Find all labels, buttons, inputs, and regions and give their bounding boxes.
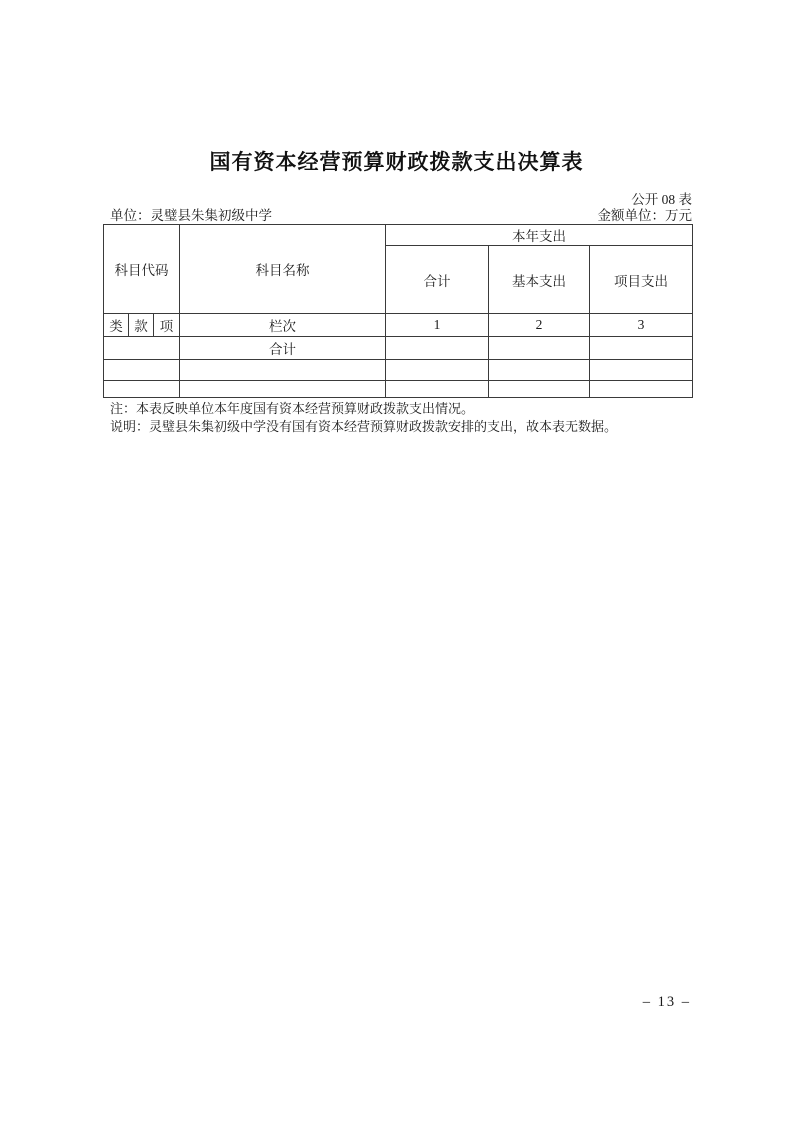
amount-unit-label: 金额单位：万元 xyxy=(598,204,693,224)
col-index-2: 2 xyxy=(489,314,590,337)
header-current-year-expenditure: 本年支出 xyxy=(386,225,693,246)
page-number: – 13 – xyxy=(0,994,691,1011)
col-index-label: 栏次 xyxy=(180,314,386,337)
table-notes: 注：本表反映单位本年度国有资本经营预算财政拨款支出情况。 说明：灵璧县朱集初级中… xyxy=(110,400,698,436)
document-page: 国有资本经营预算财政拨款支出决算表 公开 08 表 单位：灵璧县朱集初级中学 金… xyxy=(0,0,793,1122)
table-row xyxy=(104,381,693,398)
header-basic-expenditure: 基本支出 xyxy=(489,246,590,314)
row-code-cell xyxy=(104,381,180,398)
row-name-cell xyxy=(180,381,386,398)
row-project-cell xyxy=(590,337,693,360)
explanation-line: 说明：灵璧县朱集初级中学没有国有资本经营预算财政拨款安排的支出，故本表无数据。 xyxy=(110,418,698,436)
row-code-cell xyxy=(104,360,180,381)
row-basic-cell xyxy=(489,360,590,381)
row-total-cell xyxy=(386,360,489,381)
row-code-cell xyxy=(104,337,180,360)
header-total: 合计 xyxy=(386,246,489,314)
unit-label: 单位：灵璧县朱集初级中学 xyxy=(110,204,272,224)
expenditure-table: 科目代码 科目名称 本年支出 合计 基本支出 项目支出 类 款 项 栏次 1 2… xyxy=(103,224,693,398)
table-row xyxy=(104,360,693,381)
row-project-cell xyxy=(590,360,693,381)
row-name-cell: 合计 xyxy=(180,337,386,360)
row-total-cell xyxy=(386,381,489,398)
row-name-cell xyxy=(180,360,386,381)
table-header-row-1: 科目代码 科目名称 本年支出 xyxy=(104,225,693,246)
row-total-cell xyxy=(386,337,489,360)
col-index-3: 3 xyxy=(590,314,693,337)
note-line: 注：本表反映单位本年度国有资本经营预算财政拨款支出情况。 xyxy=(110,400,698,418)
col-index-section: 款 xyxy=(129,314,154,337)
page-title: 国有资本经营预算财政拨款支出决算表 xyxy=(0,146,793,176)
row-basic-cell xyxy=(489,337,590,360)
column-index-row: 类 款 项 栏次 1 2 3 xyxy=(104,314,693,337)
header-project-expenditure: 项目支出 xyxy=(590,246,693,314)
col-index-1: 1 xyxy=(386,314,489,337)
meta-row: 单位：灵璧县朱集初级中学 金额单位：万元 xyxy=(110,204,692,224)
header-subject-name: 科目名称 xyxy=(180,225,386,314)
col-index-class: 类 xyxy=(104,314,129,337)
table-row: 合计 xyxy=(104,337,693,360)
row-project-cell xyxy=(590,381,693,398)
row-basic-cell xyxy=(489,381,590,398)
header-subject-code: 科目代码 xyxy=(104,225,180,314)
col-index-item: 项 xyxy=(154,314,180,337)
